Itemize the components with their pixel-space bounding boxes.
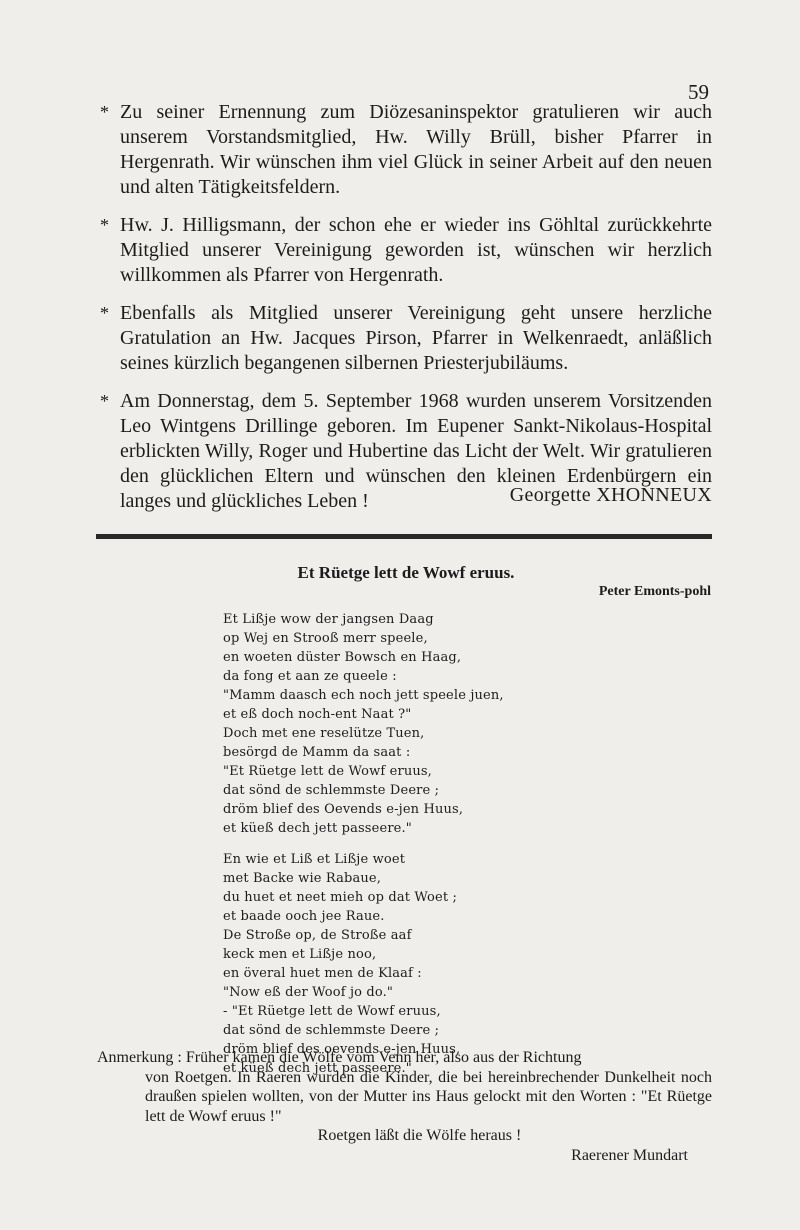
asterisk-bullet-icon: * xyxy=(100,100,109,125)
asterisk-bullet-icon: * xyxy=(100,213,109,238)
verse-line: dröm blief des Oevends e-jen Huus, xyxy=(223,800,504,819)
verse-line: en överal huet men de Klaaf : xyxy=(223,964,504,983)
verse-line: met Backe wie Rabaue, xyxy=(223,869,504,888)
verse-line: et küeß dech jett passeere." xyxy=(223,819,504,838)
verse-line: "Et Rüetge lett de Wowf eruus, xyxy=(223,762,504,781)
verse-line: en woeten düster Bowsch en Haag, xyxy=(223,648,504,667)
notice-item: * Hw. J. Hilligsmann, der schon ehe er w… xyxy=(98,213,712,288)
poem-body: Et Lißje wow der jangsen Daag op Wej en … xyxy=(223,610,504,1090)
note-translation: Roetgen läßt die Wölfe heraus ! xyxy=(97,1126,712,1146)
verse-line: et baade ooch jee Raue. xyxy=(223,907,504,926)
poem-author: Peter Emonts-pohl xyxy=(599,584,711,600)
notice-item: * Ebenfalls als Mitglied unserer Vereini… xyxy=(98,301,712,376)
notices-signature: Georgette XHONNEUX xyxy=(510,484,712,507)
poem-stanza: Et Lißje wow der jangsen Daag op Wej en … xyxy=(223,610,504,838)
notice-item: * Zu seiner Ernennung zum Diözesaninspek… xyxy=(98,100,712,200)
verse-line: En wie et Liß et Lißje woet xyxy=(223,850,504,869)
verse-line: keck men et Lißje noo, xyxy=(223,945,504,964)
verse-line: "Now eß der Woof jo do." xyxy=(223,983,504,1002)
verse-line: du huet et neet mieh op dat Woet ; xyxy=(223,888,504,907)
notice-text: Zu seiner Ernennung zum Diözesaninspekto… xyxy=(120,101,712,198)
verse-line: Et Lißje wow der jangsen Daag xyxy=(223,610,504,629)
section-divider xyxy=(96,534,712,539)
notices-section: * Zu seiner Ernennung zum Diözesaninspek… xyxy=(98,100,712,527)
verse-line: besörgd de Mamm da saat : xyxy=(223,743,504,762)
note-first-line: Anmerkung : Früher kamen die Wölfe vom V… xyxy=(97,1048,712,1068)
note-body: von Roetgen. In Raeren wurden die Kinder… xyxy=(97,1068,712,1127)
verse-line: De Stroße op, de Stroße aaf xyxy=(223,926,504,945)
notice-text: Hw. J. Hilligsmann, der schon ehe er wie… xyxy=(120,214,712,286)
verse-line: "Mamm daasch ech noch jett speele juen, xyxy=(223,686,504,705)
verse-line: op Wej en Strooß merr speele, xyxy=(223,629,504,648)
note-source: Raerener Mundart xyxy=(97,1146,712,1166)
verse-line: dat sönd de schlemmste Deere ; xyxy=(223,1021,504,1040)
verse-line: dat sönd de schlemmste Deere ; xyxy=(223,781,504,800)
verse-line: da fong et aan ze queele : xyxy=(223,667,504,686)
verse-line: Doch met ene reselütze Tuen, xyxy=(223,724,504,743)
poem-stanza: En wie et Liß et Lißje woet met Backe wi… xyxy=(223,850,504,1078)
asterisk-bullet-icon: * xyxy=(100,301,109,326)
asterisk-bullet-icon: * xyxy=(100,389,109,414)
poem-title: Et Rüetge lett de Wowf eruus. xyxy=(0,563,800,583)
verse-line: et eß doch noch-ent Naat ?" xyxy=(223,705,504,724)
verse-line: - "Et Rüetge lett de Wowf eruus, xyxy=(223,1002,504,1021)
annotation-note: Anmerkung : Früher kamen die Wölfe vom V… xyxy=(97,1048,712,1165)
notice-text: Ebenfalls als Mitglied unserer Vereinigu… xyxy=(120,302,712,374)
